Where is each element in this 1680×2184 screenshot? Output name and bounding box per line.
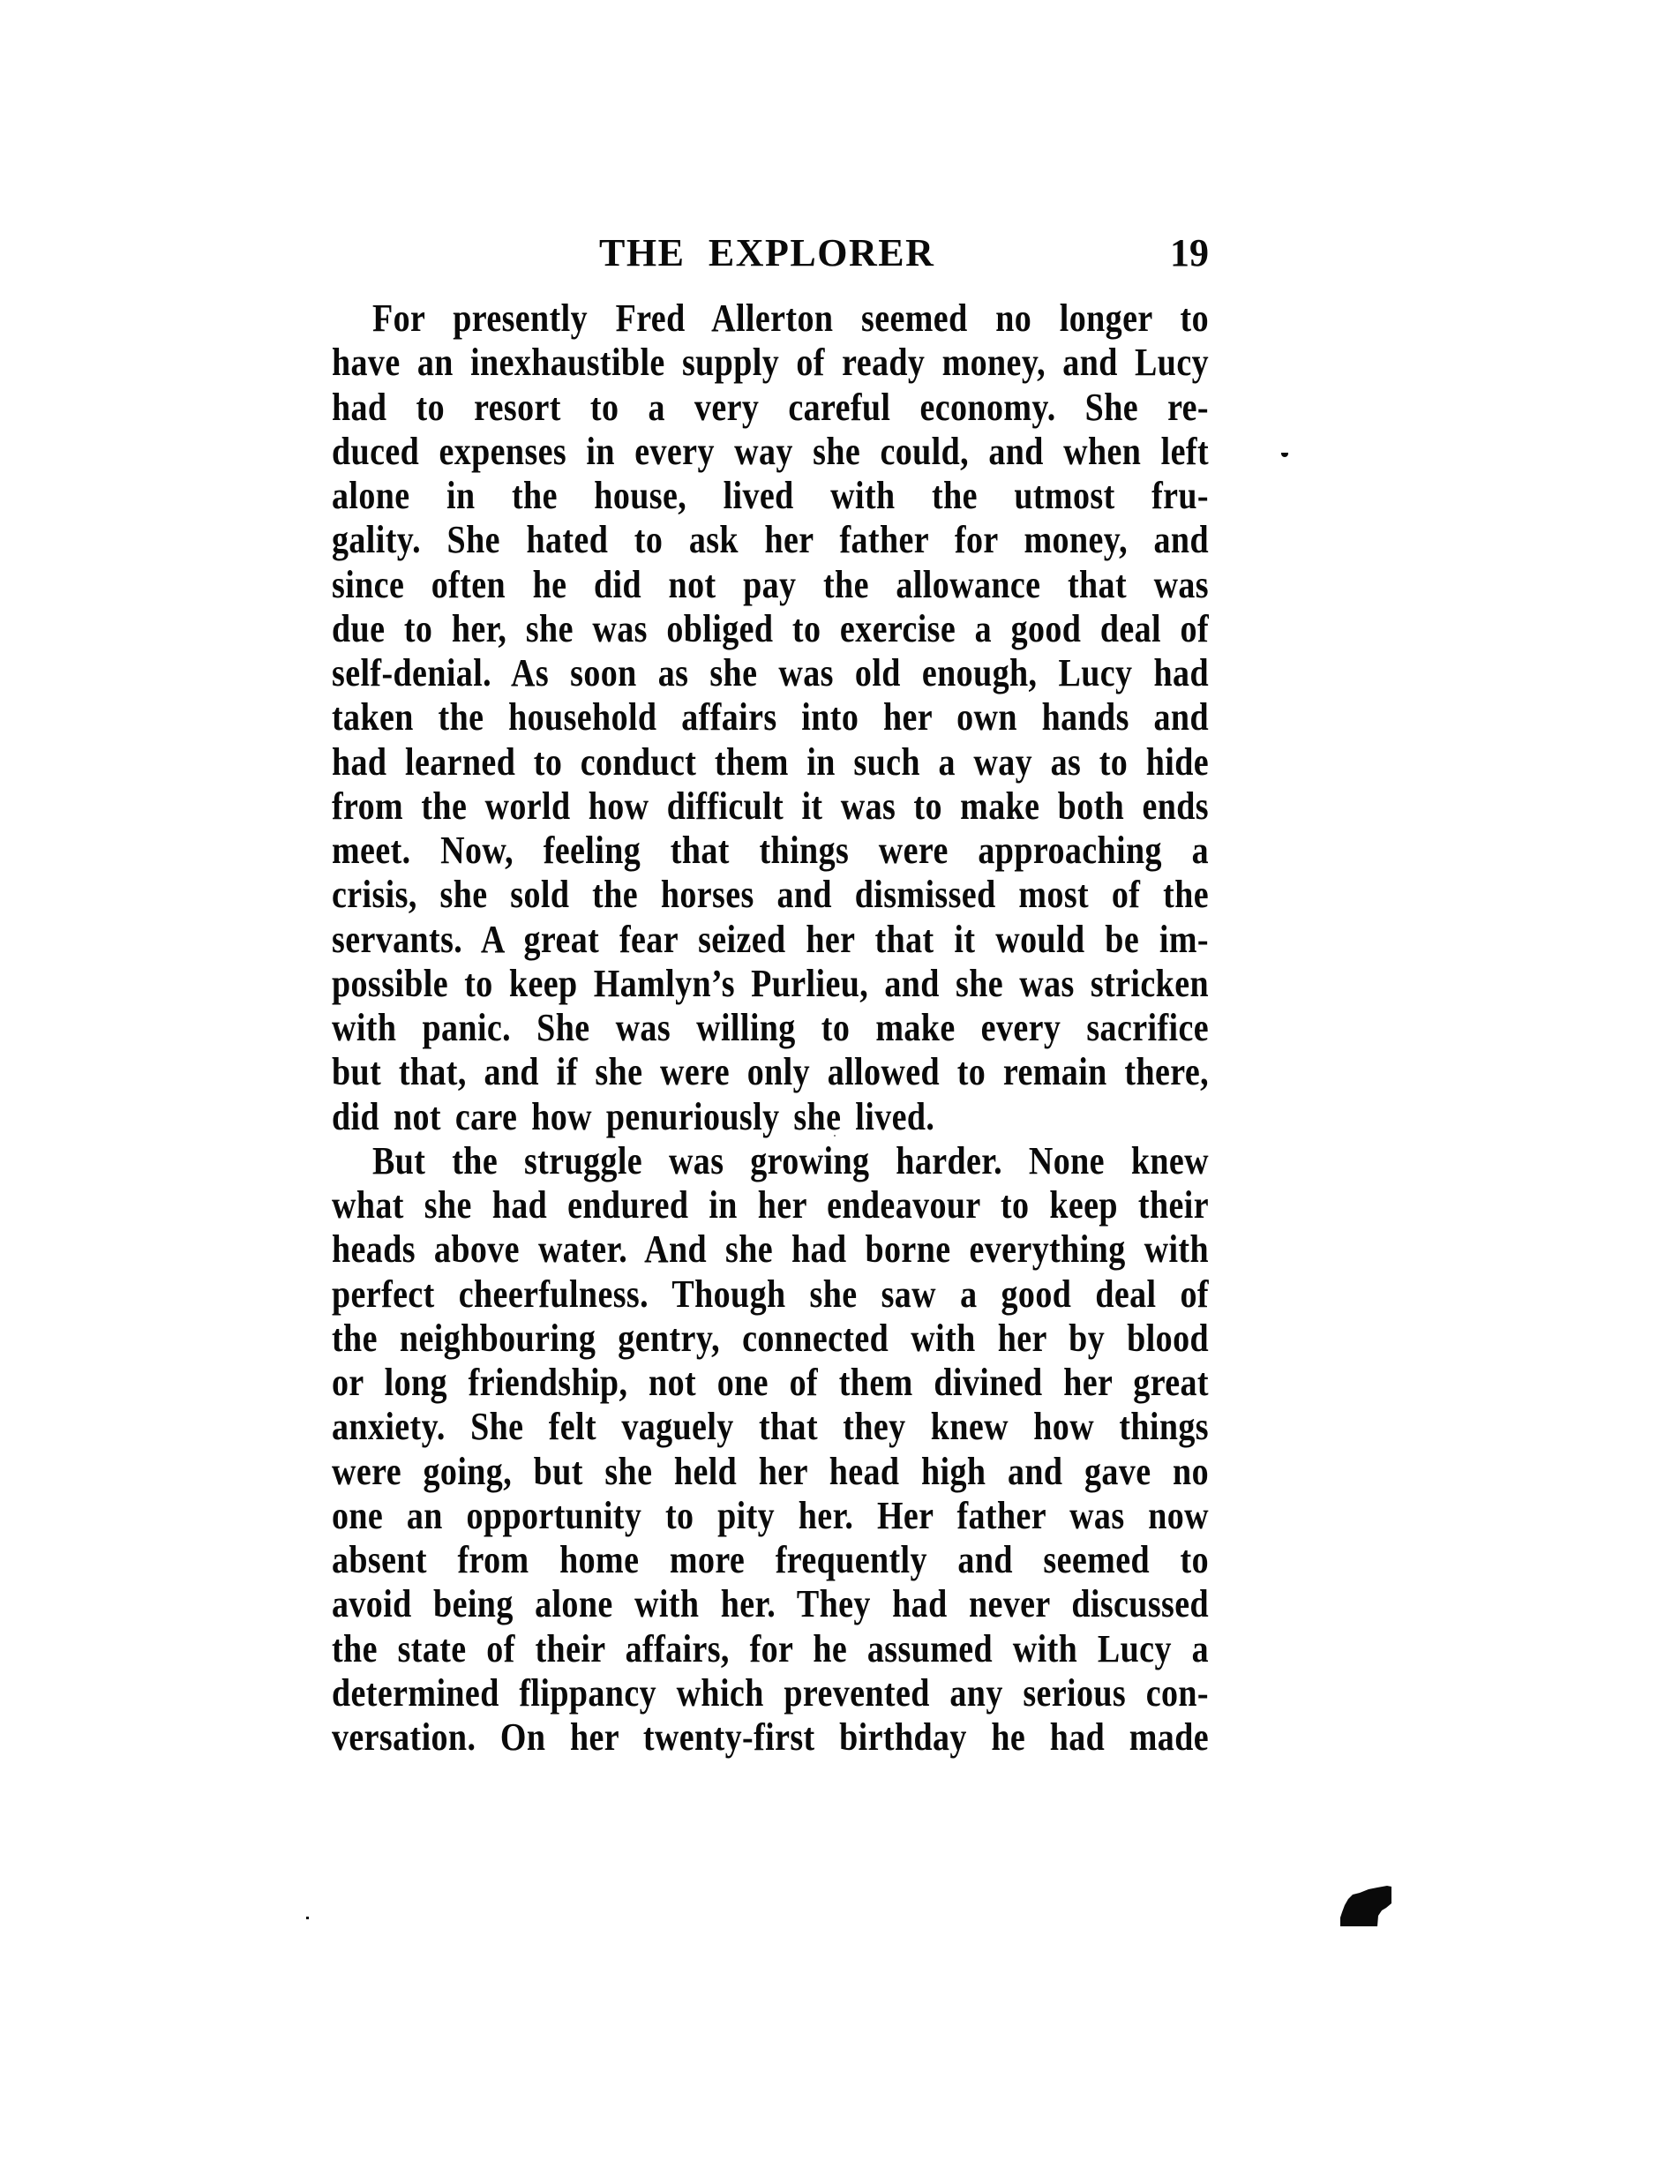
ink-speck-lower-left [306,1917,309,1919]
body-text: For presently Fred Allerton seemed no lo… [0,0,1680,2184]
ink-blot [1340,1886,1391,1926]
book-page: THE EXPLORER 19 For presently Fred Aller… [0,0,1680,2184]
text-line: versation. On her twenty-first birthday … [332,1711,1209,1763]
ink-speck-endeavour [834,1135,836,1137]
